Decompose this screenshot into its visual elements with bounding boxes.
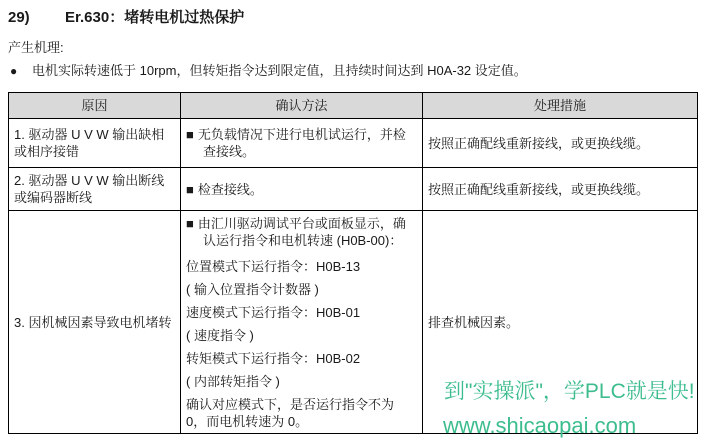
table-header-row: 原因 确认方法 处理措施 (9, 93, 698, 119)
watermark-url: www.shicaopai.com (443, 413, 636, 439)
cause-cell: 2. 驱动器 U V W 输出断线或编码器断线 (9, 168, 181, 211)
method-cell: ■无负载情况下进行电机试运行，并检查接线。 (181, 119, 423, 168)
method-paragraph: 确认对应模式下，是否运行指令不为 0，而电机转速为 0。 (186, 396, 417, 430)
table-row: 1. 驱动器 U V W 输出缺相或相序接错 ■无负载情况下进行电机试运行，并检… (9, 119, 698, 168)
method-paragraph: 位置模式下运行指令：H0B-13 (186, 258, 417, 275)
method-paragraph: 速度模式下运行指令：H0B-01 (186, 304, 417, 321)
page-title: 29)Er.630：堵转电机过热保护 (8, 6, 244, 27)
header-action: 处理措施 (423, 93, 698, 119)
cause-cell: 1. 驱动器 U V W 输出缺相或相序接错 (9, 119, 181, 168)
method-paragraph: 转矩模式下运行指令：H0B-02 (186, 350, 417, 367)
cause-cell: 3. 因机械因素导致电机堵转 (9, 211, 181, 434)
method-paragraph: ( 输入位置指令计数器 ) (186, 281, 417, 298)
fault-code-title: Er.630：堵转电机过热保护 (65, 9, 244, 26)
table-row: 2. 驱动器 U V W 输出断线或编码器断线 ■检查接线。 按照正确配线重新接… (9, 168, 698, 211)
square-bullet-icon: ■ (186, 216, 194, 231)
mechanism-label: 产生机理: (8, 37, 64, 56)
mechanism-text: 电机实际转速低于 10rpm，但转矩指令达到限定值，且持续时间达到 H0A-32… (32, 63, 527, 78)
method-cell: ■检查接线。 (181, 168, 423, 211)
method-paragraph: ■由汇川驱动调试平台或面板显示，确认运行指令和电机转速 (H0B-00)： (186, 215, 417, 249)
method-cell: ■由汇川驱动调试平台或面板显示，确认运行指令和电机转速 (H0B-00)： 位置… (181, 211, 423, 434)
square-bullet-icon: ■ (186, 127, 194, 142)
square-bullet-icon: ■ (186, 182, 194, 197)
section-number: 29) (8, 9, 65, 26)
watermark-slogan: 到"实操派"，学PLC就是快! (444, 375, 695, 405)
method-paragraph: ■检查接线。 (186, 181, 417, 198)
mechanism-bullet-item: ●电机实际转速低于 10rpm，但转矩指令达到限定值，且持续时间达到 H0A-3… (10, 60, 527, 79)
action-cell: 按照正确配线重新接线，或更换线缆。 (423, 119, 698, 168)
action-cell: 按照正确配线重新接线，或更换线缆。 (423, 168, 698, 211)
round-bullet-icon: ● (10, 64, 32, 78)
header-cause: 原因 (9, 93, 181, 119)
method-paragraph: ■无负载情况下进行电机试运行，并检查接线。 (186, 126, 417, 160)
header-method: 确认方法 (181, 93, 423, 119)
method-paragraph: ( 内部转矩指令 ) (186, 373, 417, 390)
method-paragraph: ( 速度指令 ) (186, 327, 417, 344)
